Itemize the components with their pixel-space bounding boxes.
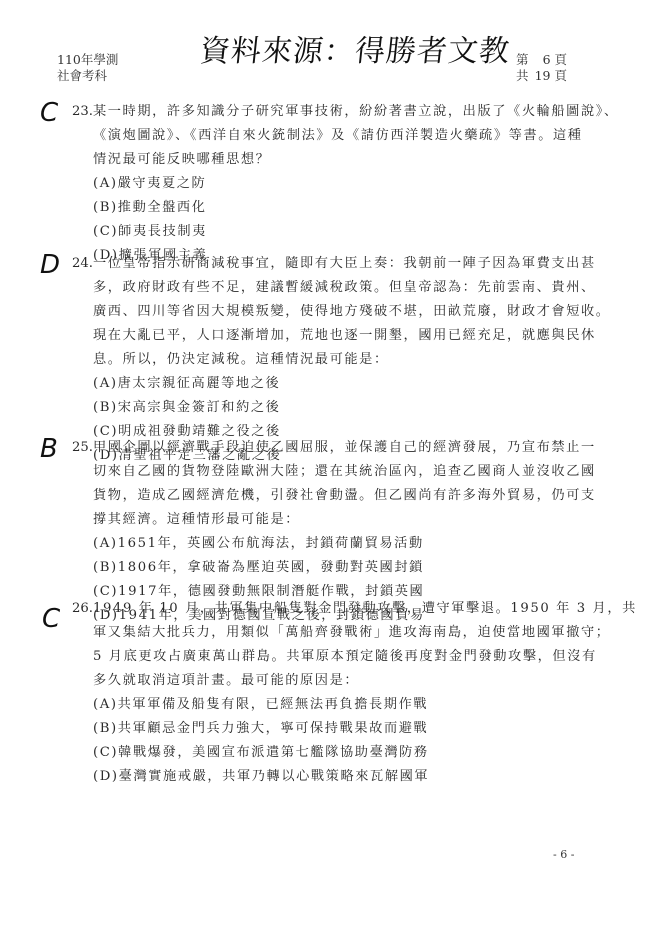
exam-subject: 社會考科	[57, 68, 118, 84]
option-a: (A)唐太宗親征高麗等地之後	[72, 372, 572, 396]
question-number: 23.	[72, 104, 93, 119]
page-indicator: 第6頁 共19頁	[516, 52, 567, 84]
exam-year: 110年學測	[57, 52, 118, 68]
page-total-line: 共19頁	[516, 68, 567, 84]
handwritten-answer-26: C	[42, 606, 60, 632]
question-text-line: 現在大亂已平，人口逐漸增加，荒地也逐一開墾，國用已經充足，就應與民休	[72, 324, 572, 348]
option-c: (C)師夷長技制夷	[72, 220, 572, 244]
handwritten-answer-23: C	[40, 100, 58, 126]
option-a: (A)共軍軍備及船隻有限，已經無法再負擔長期作戰	[72, 693, 572, 717]
question-text-line: 5 月底更攻占廣東萬山群島。共軍原本預定隨後再度對金門發動攻擊，但沒有	[72, 645, 572, 669]
option-b: (B)推動全盤西化	[72, 196, 572, 220]
question-text-line: 切來自乙國的貨物登陸歐洲大陸；還在其統治區內，追查乙國商人並沒收乙國	[72, 460, 572, 484]
question-text-line: 1949 年 10 月，共軍集中船隻對金門發動攻擊，遭守軍擊退。1950 年 3…	[93, 601, 637, 616]
question-text-line: 多久就取消這項計畫。最可能的原因是：	[72, 669, 572, 693]
option-c: (C)韓戰爆發，美國宣布派遣第七艦隊協助臺灣防務	[72, 741, 572, 765]
question-23: 23.某一時期，許多知識分子研究軍事技術，紛紛著書立說，出版了《火輪船圖說》、 …	[72, 100, 572, 268]
option-a: (A)嚴守夷夏之防	[72, 172, 572, 196]
question-26: 26.1949 年 10 月，共軍集中船隻對金門發動攻擊，遭守軍擊退。1950 …	[72, 597, 572, 789]
page-current: 6	[529, 52, 555, 68]
question-text-line: 多，政府財政有些不足，建議暫緩減稅政策。但皇帝認為：先前雲南、貴州、	[72, 276, 572, 300]
question-text-line: 情況最可能反映哪種思想？	[72, 148, 572, 172]
handwritten-source-title: 資料來源：得勝者文教	[198, 30, 513, 74]
question-number: 25.	[72, 440, 93, 455]
question-text-line: 廣西、四川等省因大規模叛變，使得地方殘破不堪，田畝荒廢，財政才會短收。	[72, 300, 572, 324]
option-d: (D)臺灣實施戒嚴，共軍乃轉以心戰策略來瓦解國軍	[72, 765, 572, 789]
option-a: (A)1651年，英國公布航海法，封鎖荷蘭貿易活動	[72, 532, 572, 556]
option-b: (B)1806年，拿破崙為壓迫英國，發動對英國封鎖	[72, 556, 572, 580]
handwritten-answer-24: D	[40, 252, 60, 278]
question-number: 26.	[72, 601, 93, 616]
exam-info: 110年學測 社會考科	[57, 52, 118, 84]
option-b: (B)宋高宗與金簽訂和約之後	[72, 396, 572, 420]
question-text-line: 甲國企圖以經濟戰手段迫使乙國屈服，並保護自己的經濟發展，乃宣布禁止一	[93, 440, 596, 455]
question-text-line: 一位皇帝指示研商減稅事宜，隨即有大臣上奏：我朝前一陣子因為軍費支出甚	[93, 256, 596, 271]
question-number: 24.	[72, 256, 93, 271]
question-text-line: 《演炮圖說》、《西洋自來火銃制法》及《請仿西洋製造火藥疏》等書。這種	[72, 124, 572, 148]
question-text-line: 貨物，造成乙國經濟危機，引發社會動盪。但乙國尚有許多海外貿易，仍可支	[72, 484, 572, 508]
page-number: - 6 -	[553, 848, 574, 861]
question-text-line: 撐其經濟。這種情形最可能是：	[72, 508, 572, 532]
question-text-line: 某一時期，許多知識分子研究軍事技術，紛紛著書立說，出版了《火輪船圖說》、	[93, 104, 619, 119]
question-text-line: 息。所以，仍決定減稅。這種情況最可能是：	[72, 348, 572, 372]
option-b: (B)共軍顧忌金門兵力強大，寧可保持戰果故而避戰	[72, 717, 572, 741]
page-current-line: 第6頁	[516, 52, 567, 68]
handwritten-answer-25: B	[40, 436, 58, 462]
page-total: 19	[529, 68, 555, 84]
question-text-line: 軍又集結大批兵力，用類似「萬船齊發戰術」進攻海南島，迫使當地國軍撤守；	[72, 621, 572, 645]
